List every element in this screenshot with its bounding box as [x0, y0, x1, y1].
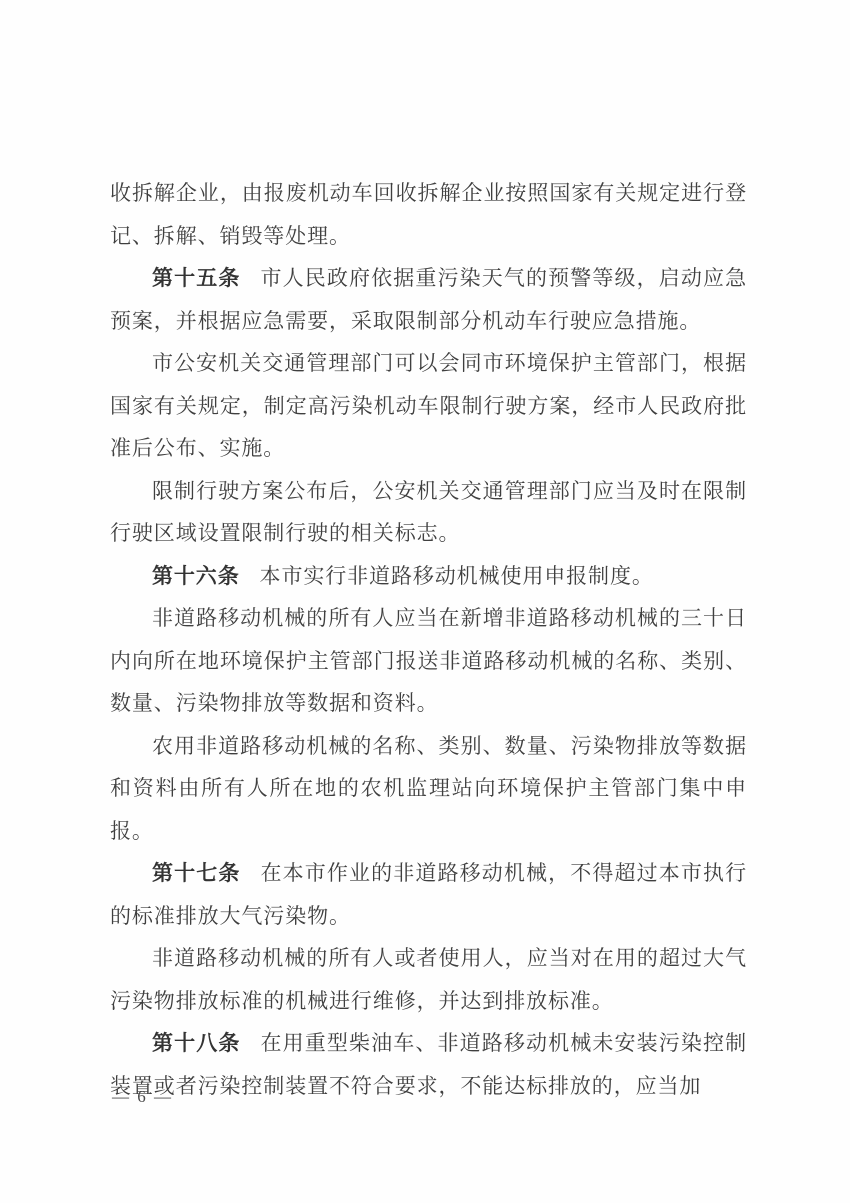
- article-number-label: 第十七条: [152, 861, 241, 885]
- paragraph-text: 收拆解企业，由报废机动车回收拆解企业按照国家有关规定进行登记、拆解、销毁等处理。: [110, 181, 747, 248]
- paragraph: 农用非道路移动机械的名称、类别、数量、污染物排放等数据和资料由所有人所在地的农机…: [110, 725, 747, 853]
- paragraph: 第十七条在本市作业的非道路移动机械，不得超过本市执行的标准排放大气污染物。: [110, 852, 747, 937]
- paragraph: 市公安机关交通管理部门可以会同市环境保护主管部门，根据国家有关规定，制定高污染机…: [110, 342, 747, 470]
- paragraph: 第十八条在用重型柴油车、非道路移动机械未安装污染控制装置或者污染控制装置不符合要…: [110, 1022, 747, 1107]
- document-page: 收拆解企业，由报废机动车回收拆解企业按照国家有关规定进行登记、拆解、销毁等处理。…: [0, 0, 850, 1203]
- paragraph-text: 非道路移动机械的所有人应当在新增非道路移动机械的三十日内向所在地环境保护主管部门…: [110, 606, 747, 715]
- paragraph: 限制行驶方案公布后，公安机关交通管理部门应当及时在限制行驶区域设置限制行驶的相关…: [110, 470, 747, 555]
- paragraph-text: 农用非道路移动机械的名称、类别、数量、污染物排放等数据和资料由所有人所在地的农机…: [110, 734, 747, 843]
- paragraph: 非道路移动机械的所有人应当在新增非道路移动机械的三十日内向所在地环境保护主管部门…: [110, 597, 747, 725]
- paragraph-text: 限制行驶方案公布后，公安机关交通管理部门应当及时在限制行驶区域设置限制行驶的相关…: [110, 479, 747, 546]
- paragraph-text: 本市实行非道路移动机械使用申报制度。: [260, 564, 654, 588]
- paragraph: 非道路移动机械的所有人或者使用人，应当对在用的超过大气污染物排放标准的机械进行维…: [110, 937, 747, 1022]
- paragraph: 收拆解企业，由报废机动车回收拆解企业按照国家有关规定进行登记、拆解、销毁等处理。: [110, 172, 747, 257]
- paragraph: 第十五条市人民政府依据重污染天气的预警等级，启动应急预案，并根据应急需要，采取限…: [110, 257, 747, 342]
- article-number-label: 第十五条: [152, 266, 241, 290]
- paragraph-text: 非道路移动机械的所有人或者使用人，应当对在用的超过大气污染物排放标准的机械进行维…: [110, 946, 747, 1013]
- article-number-label: 第十八条: [152, 1031, 241, 1055]
- paragraph: 第十六条本市实行非道路移动机械使用申报制度。: [110, 555, 747, 598]
- paragraph-text: 市公安机关交通管理部门可以会同市环境保护主管部门，根据国家有关规定，制定高污染机…: [110, 351, 747, 460]
- document-body: 收拆解企业，由报废机动车回收拆解企业按照国家有关规定进行登记、拆解、销毁等处理。…: [110, 172, 747, 1107]
- page-number: — 6 —: [112, 1085, 173, 1109]
- article-number-label: 第十六条: [152, 564, 240, 588]
